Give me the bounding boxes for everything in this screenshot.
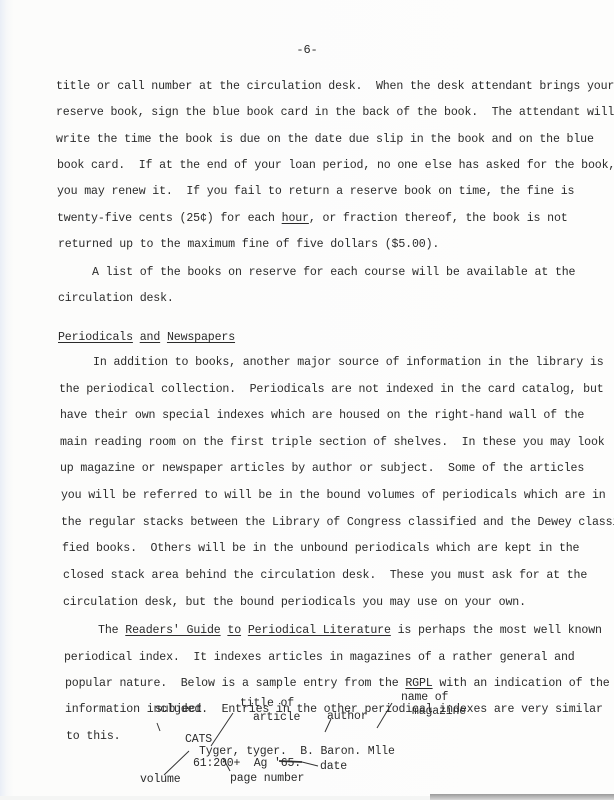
- label-article: article: [253, 711, 300, 724]
- leader-lines: [0, 0, 614, 800]
- sample-entry-diagram: subject title of article author name of …: [0, 0, 614, 800]
- entry-line-2: 61:200+ Ag '65.: [193, 757, 301, 770]
- label-volume: volume: [140, 773, 181, 786]
- document-page: -6- title or call number at the circulat…: [0, 0, 614, 796]
- label-page-number: page number: [230, 772, 304, 785]
- page-edge-shadow: [430, 794, 614, 800]
- label-title-of: title of: [240, 697, 294, 710]
- label-name-of: name of: [401, 691, 448, 704]
- label-subject: subject: [155, 703, 202, 716]
- label-author: author: [327, 710, 368, 723]
- label-magazine: magazine: [412, 705, 466, 718]
- label-date: date: [320, 760, 347, 773]
